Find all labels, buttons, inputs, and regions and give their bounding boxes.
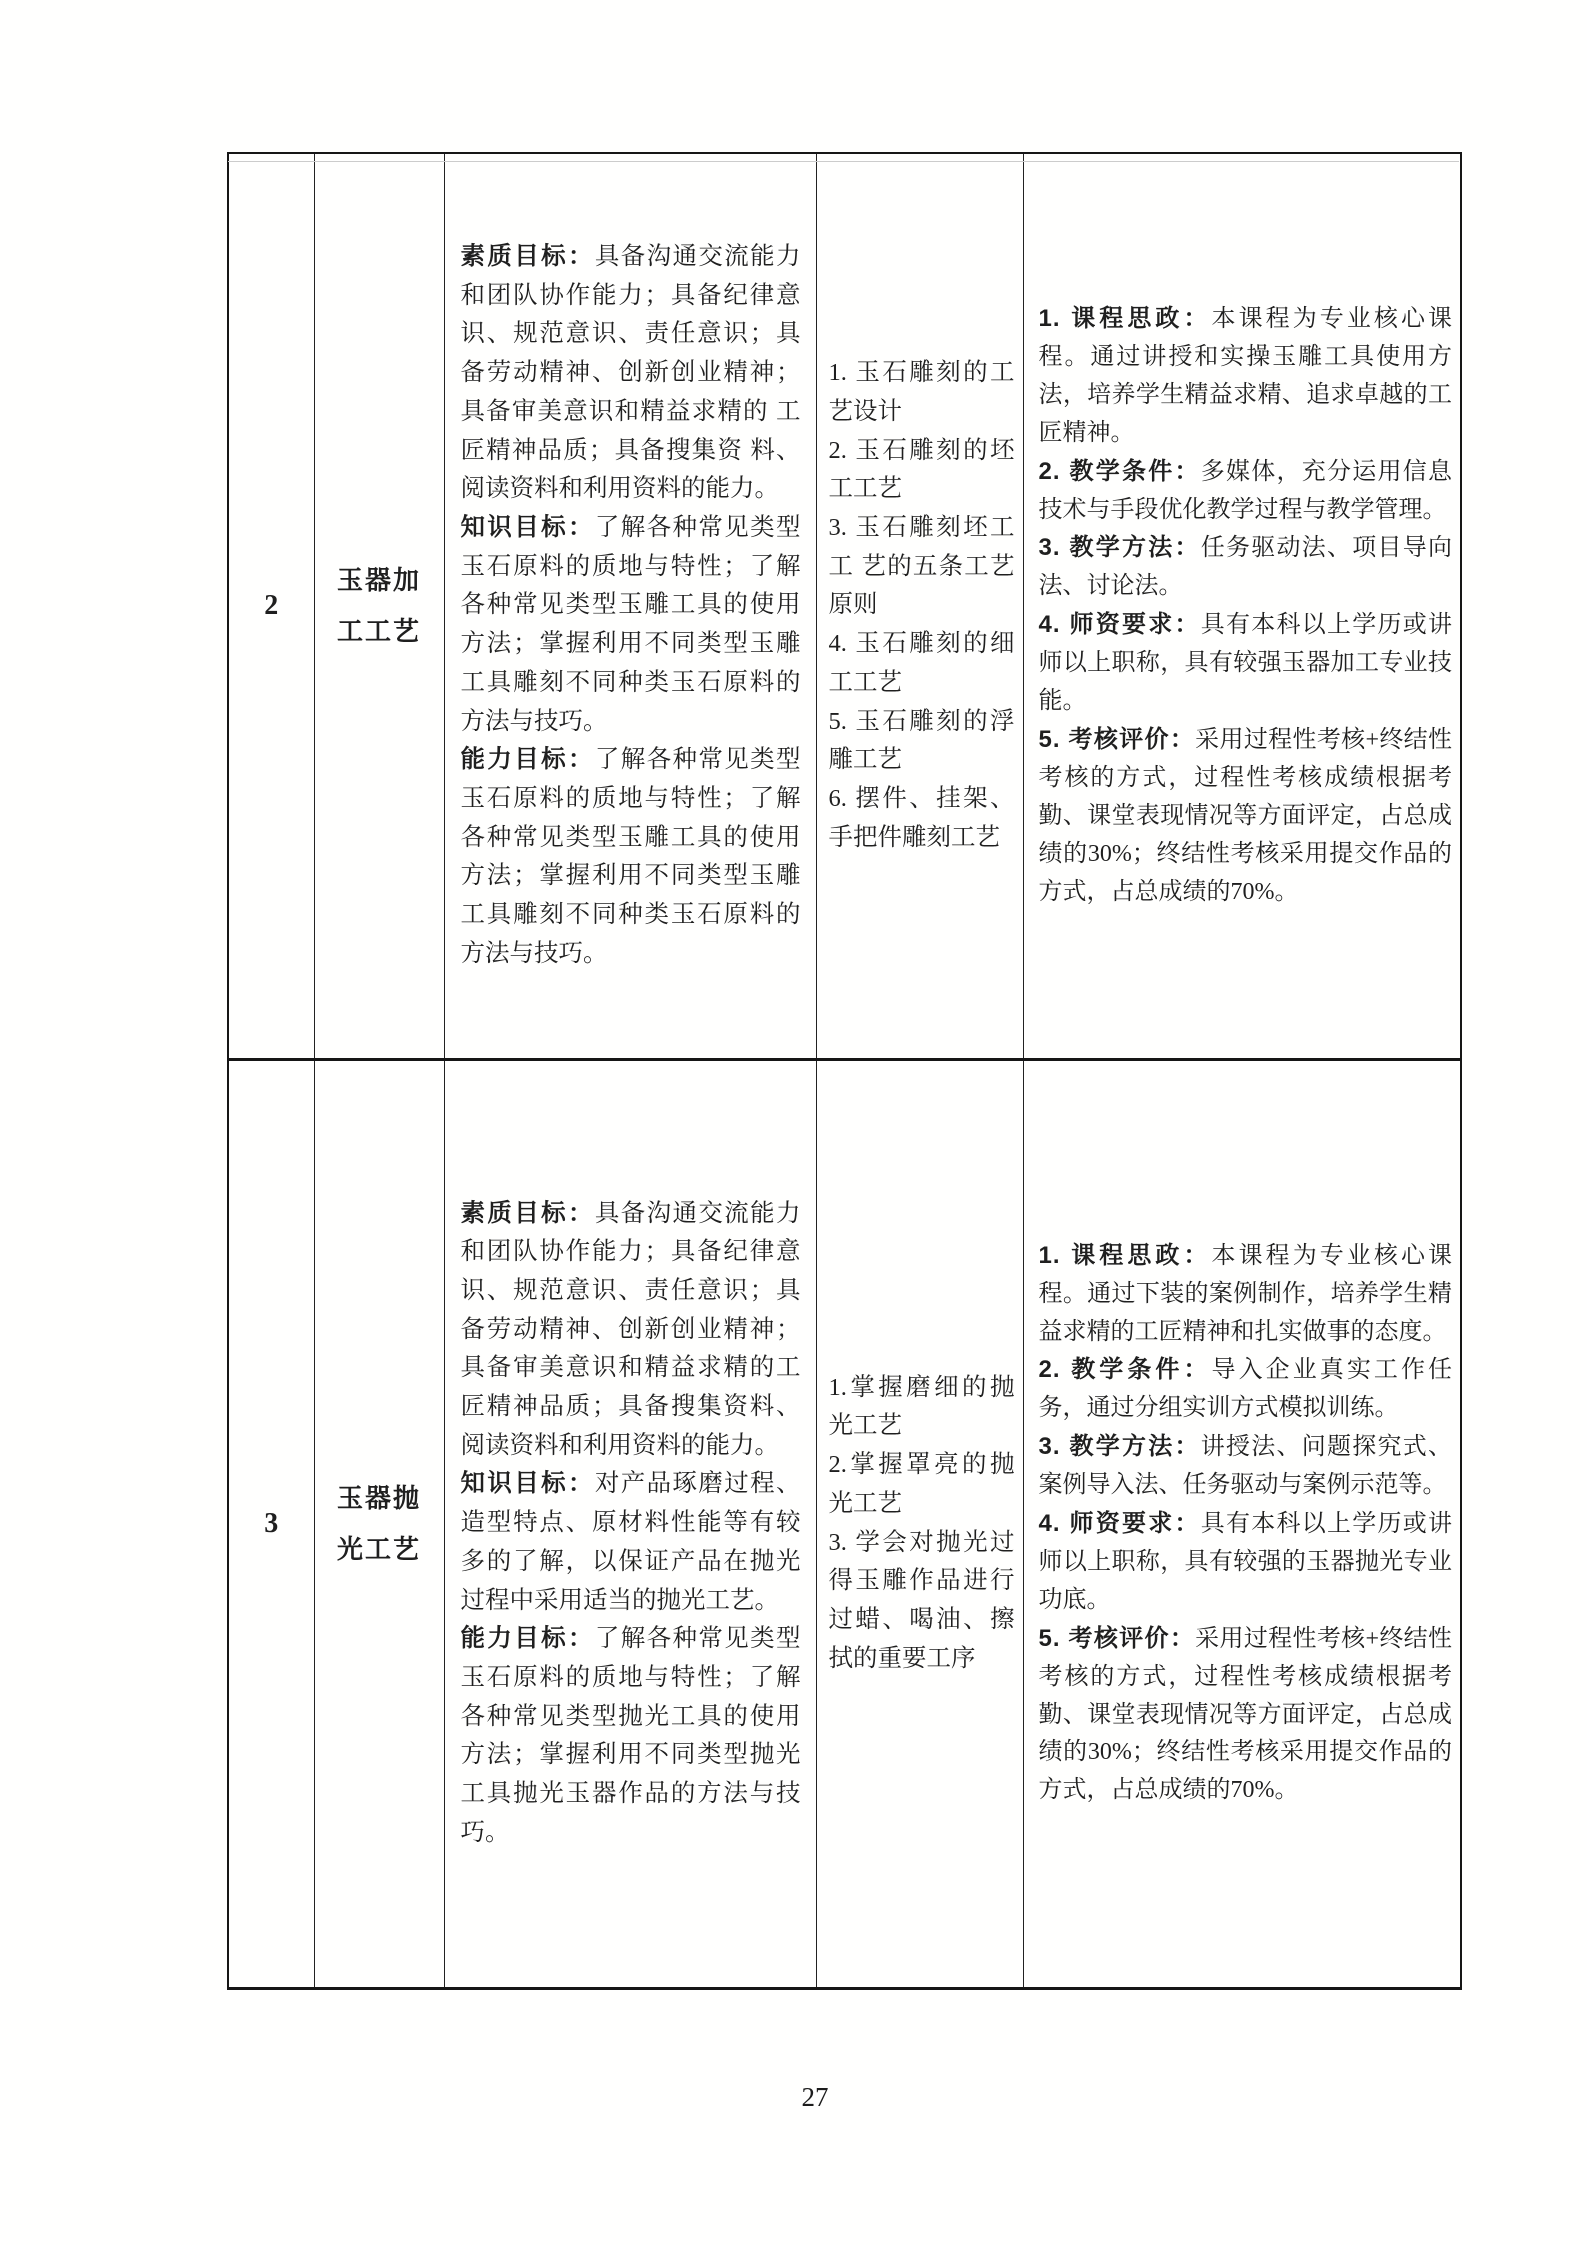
- requirement-label: 5. 考核评价：: [1039, 1625, 1196, 1652]
- requirement-item: 4. 师资要求：具有本科以上学历或讲师以上职称，具有较强玉器加工专业技能。: [1039, 606, 1453, 721]
- objective-item: 知识目标：了解各种常见类型玉石原料的质地与特性；了解各种常见类型玉雕工具的使用方…: [461, 509, 801, 741]
- objective-text: 具备沟通交流能力和团队协作能力；具备纪律意识、规范意识、责任意识；具备劳动精神、…: [461, 1200, 801, 1459]
- course-name: 玉器加工工艺: [337, 555, 421, 656]
- objective-text: 了解各种常见类型玉石原料的质地与特性；了解各种常见类型抛光工具的使用方法；掌握利…: [461, 1625, 801, 1846]
- content-item: 5. 玉石雕刻的浮雕工艺: [829, 703, 1015, 780]
- requirement-item: 1. 课程思政：本课程为专业核心课程。通过下装的案例制作，培养学生精益求精的工匠…: [1039, 1237, 1453, 1352]
- objective-item: 素质目标：具备沟通交流能力和团队协作能力；具备纪律意识、规范意识、责任意识；具备…: [461, 238, 801, 509]
- course-plan-table: 2玉器加工工艺素质目标：具备沟通交流能力和团队协作能力；具备纪律意识、规范意识、…: [227, 152, 1462, 1990]
- requirement-item: 3. 教学方法：讲授法、问题探究式、案例导入法、任务驱动与案例示范等。: [1039, 1428, 1453, 1505]
- requirement-item: 5. 考核评价：采用过程性考核+终结性考核的方式，过程性考核成绩根据考勤、课堂表…: [1039, 721, 1453, 912]
- requirements-cell: 1. 课程思政：本课程为专业核心课程。通过讲授和实操玉雕工具使用方法，培养学生精…: [1023, 153, 1461, 1059]
- course-name-cell: 玉器加工工艺: [314, 153, 444, 1059]
- requirement-item: 1. 课程思政：本课程为专业核心课程。通过讲授和实操玉雕工具使用方法，培养学生精…: [1039, 300, 1453, 453]
- objective-label: 知识目标：: [461, 514, 595, 541]
- content-item: 3. 玉石雕刻坯工工 艺的五条工艺原则: [829, 509, 1015, 625]
- objectives-cell: 素质目标：具备沟通交流能力和团队协作能力；具备纪律意识、规范意识、责任意识；具备…: [444, 153, 816, 1059]
- document-page: 2玉器加工工艺素质目标：具备沟通交流能力和团队协作能力；具备纪律意识、规范意识、…: [0, 0, 1587, 2245]
- course-name: 玉器抛光工艺: [337, 1473, 421, 1574]
- requirement-label: 1. 课程思政：: [1039, 305, 1212, 332]
- objective-item: 素质目标：具备沟通交流能力和团队协作能力；具备纪律意识、规范意识、责任意识；具备…: [461, 1195, 801, 1466]
- objective-label: 能力目标：: [461, 1625, 595, 1652]
- requirement-label: 2. 教学条件：: [1039, 1356, 1212, 1383]
- requirement-label: 5. 考核评价：: [1039, 726, 1196, 753]
- requirement-label: 1. 课程思政：: [1039, 1242, 1212, 1269]
- row-number-cell: 3: [228, 1059, 314, 1988]
- requirement-text: 采用过程性考核+终结性考核的方式，过程性考核成绩根据考勤、课堂表现情况等方面评定…: [1039, 1626, 1453, 1804]
- requirement-item: 2. 教学条件：多媒体，充分运用信息技术与手段优化教学过程与教学管理。: [1039, 453, 1453, 530]
- objective-text: 了解各种常见类型玉石原料的质地与特性；了解各种常见类型玉雕工具的使用方法；掌握利…: [461, 746, 801, 967]
- requirement-item: 2. 教学条件：导入企业真实工作任务，通过分组实训方式模拟训练。: [1039, 1351, 1453, 1428]
- table-row: 2玉器加工工艺素质目标：具备沟通交流能力和团队协作能力；具备纪律意识、规范意识、…: [228, 153, 1461, 1059]
- requirement-item: 4. 师资要求：具有本科以上学历或讲师以上职称，具有较强的玉器抛光专业功底。: [1039, 1505, 1453, 1620]
- page-number: 27: [0, 2082, 1587, 2113]
- content-item: 2. 玉石雕刻的坯工工艺: [829, 432, 1015, 509]
- row-number-cell: 2: [228, 153, 314, 1059]
- row-number: 2: [229, 590, 314, 622]
- requirement-label: 4. 师资要求：: [1039, 611, 1201, 638]
- objective-text: 了解各种常见类型玉石原料的质地与特性；了解各种常见类型玉雕工具的使用方法；掌握利…: [461, 514, 801, 735]
- objective-item: 能力目标：了解各种常见类型玉石原料的质地与特性；了解各种常见类型抛光工具的使用方…: [461, 1620, 801, 1852]
- requirement-text: 采用过程性考核+终结性考核的方式，过程性考核成绩根据考勤、课堂表现情况等方面评定…: [1039, 727, 1453, 905]
- objective-label: 素质目标：: [461, 1200, 595, 1227]
- content-cell: 1. 玉石雕刻的工艺设计2. 玉石雕刻的坯工工艺3. 玉石雕刻坯工工 艺的五条工…: [816, 153, 1023, 1059]
- requirement-label: 2. 教学条件：: [1039, 458, 1201, 485]
- content-item: 1. 玉石雕刻的工艺设计: [829, 354, 1015, 431]
- requirement-label: 3. 教学方法：: [1039, 534, 1201, 561]
- content-item: 1.掌握磨细的抛光工艺: [829, 1369, 1015, 1446]
- objective-item: 知识目标：对产品琢磨过程、造型特点、原材料性能等有较多的了解，以保证产品在抛光过…: [461, 1465, 801, 1620]
- content-item: 4. 玉石雕刻的细工工艺: [829, 625, 1015, 702]
- requirement-label: 4. 师资要求：: [1039, 1510, 1201, 1537]
- objectives-cell: 素质目标：具备沟通交流能力和团队协作能力；具备纪律意识、规范意识、责任意识；具备…: [444, 1059, 816, 1988]
- requirements-cell: 1. 课程思政：本课程为专业核心课程。通过下装的案例制作，培养学生精益求精的工匠…: [1023, 1059, 1461, 1988]
- course-name-cell: 玉器抛光工艺: [314, 1059, 444, 1988]
- objective-label: 素质目标：: [461, 243, 595, 270]
- requirement-item: 5. 考核评价：采用过程性考核+终结性考核的方式，过程性考核成绩根据考勤、课堂表…: [1039, 1620, 1453, 1811]
- content-item: 3. 学会对抛光过得玉雕作品进行过蜡、喝油、擦拭的重要工序: [829, 1524, 1015, 1679]
- objective-label: 知识目标：: [461, 1470, 595, 1497]
- table-row: 3玉器抛光工艺素质目标：具备沟通交流能力和团队协作能力；具备纪律意识、规范意识、…: [228, 1059, 1461, 1988]
- objective-item: 能力目标：了解各种常见类型玉石原料的质地与特性；了解各种常见类型玉雕工具的使用方…: [461, 741, 801, 973]
- requirement-label: 3. 教学方法：: [1039, 1433, 1201, 1460]
- content-cell: 1.掌握磨细的抛光工艺2.掌握罩亮的抛光工艺3. 学会对抛光过得玉雕作品进行过蜡…: [816, 1059, 1023, 1988]
- content-item: 2.掌握罩亮的抛光工艺: [829, 1446, 1015, 1523]
- objective-label: 能力目标：: [461, 746, 595, 773]
- objective-text: 具备沟通交流能力和团队协作能力；具备纪律意识、规范意识、责任意识；具备劳动精神、…: [461, 243, 801, 502]
- row-number: 3: [229, 1508, 314, 1540]
- content-item: 6. 摆件、挂架、手把件雕刻工艺: [829, 780, 1015, 857]
- requirement-item: 3. 教学方法：任务驱动法、项目导向法、讨论法。: [1039, 529, 1453, 606]
